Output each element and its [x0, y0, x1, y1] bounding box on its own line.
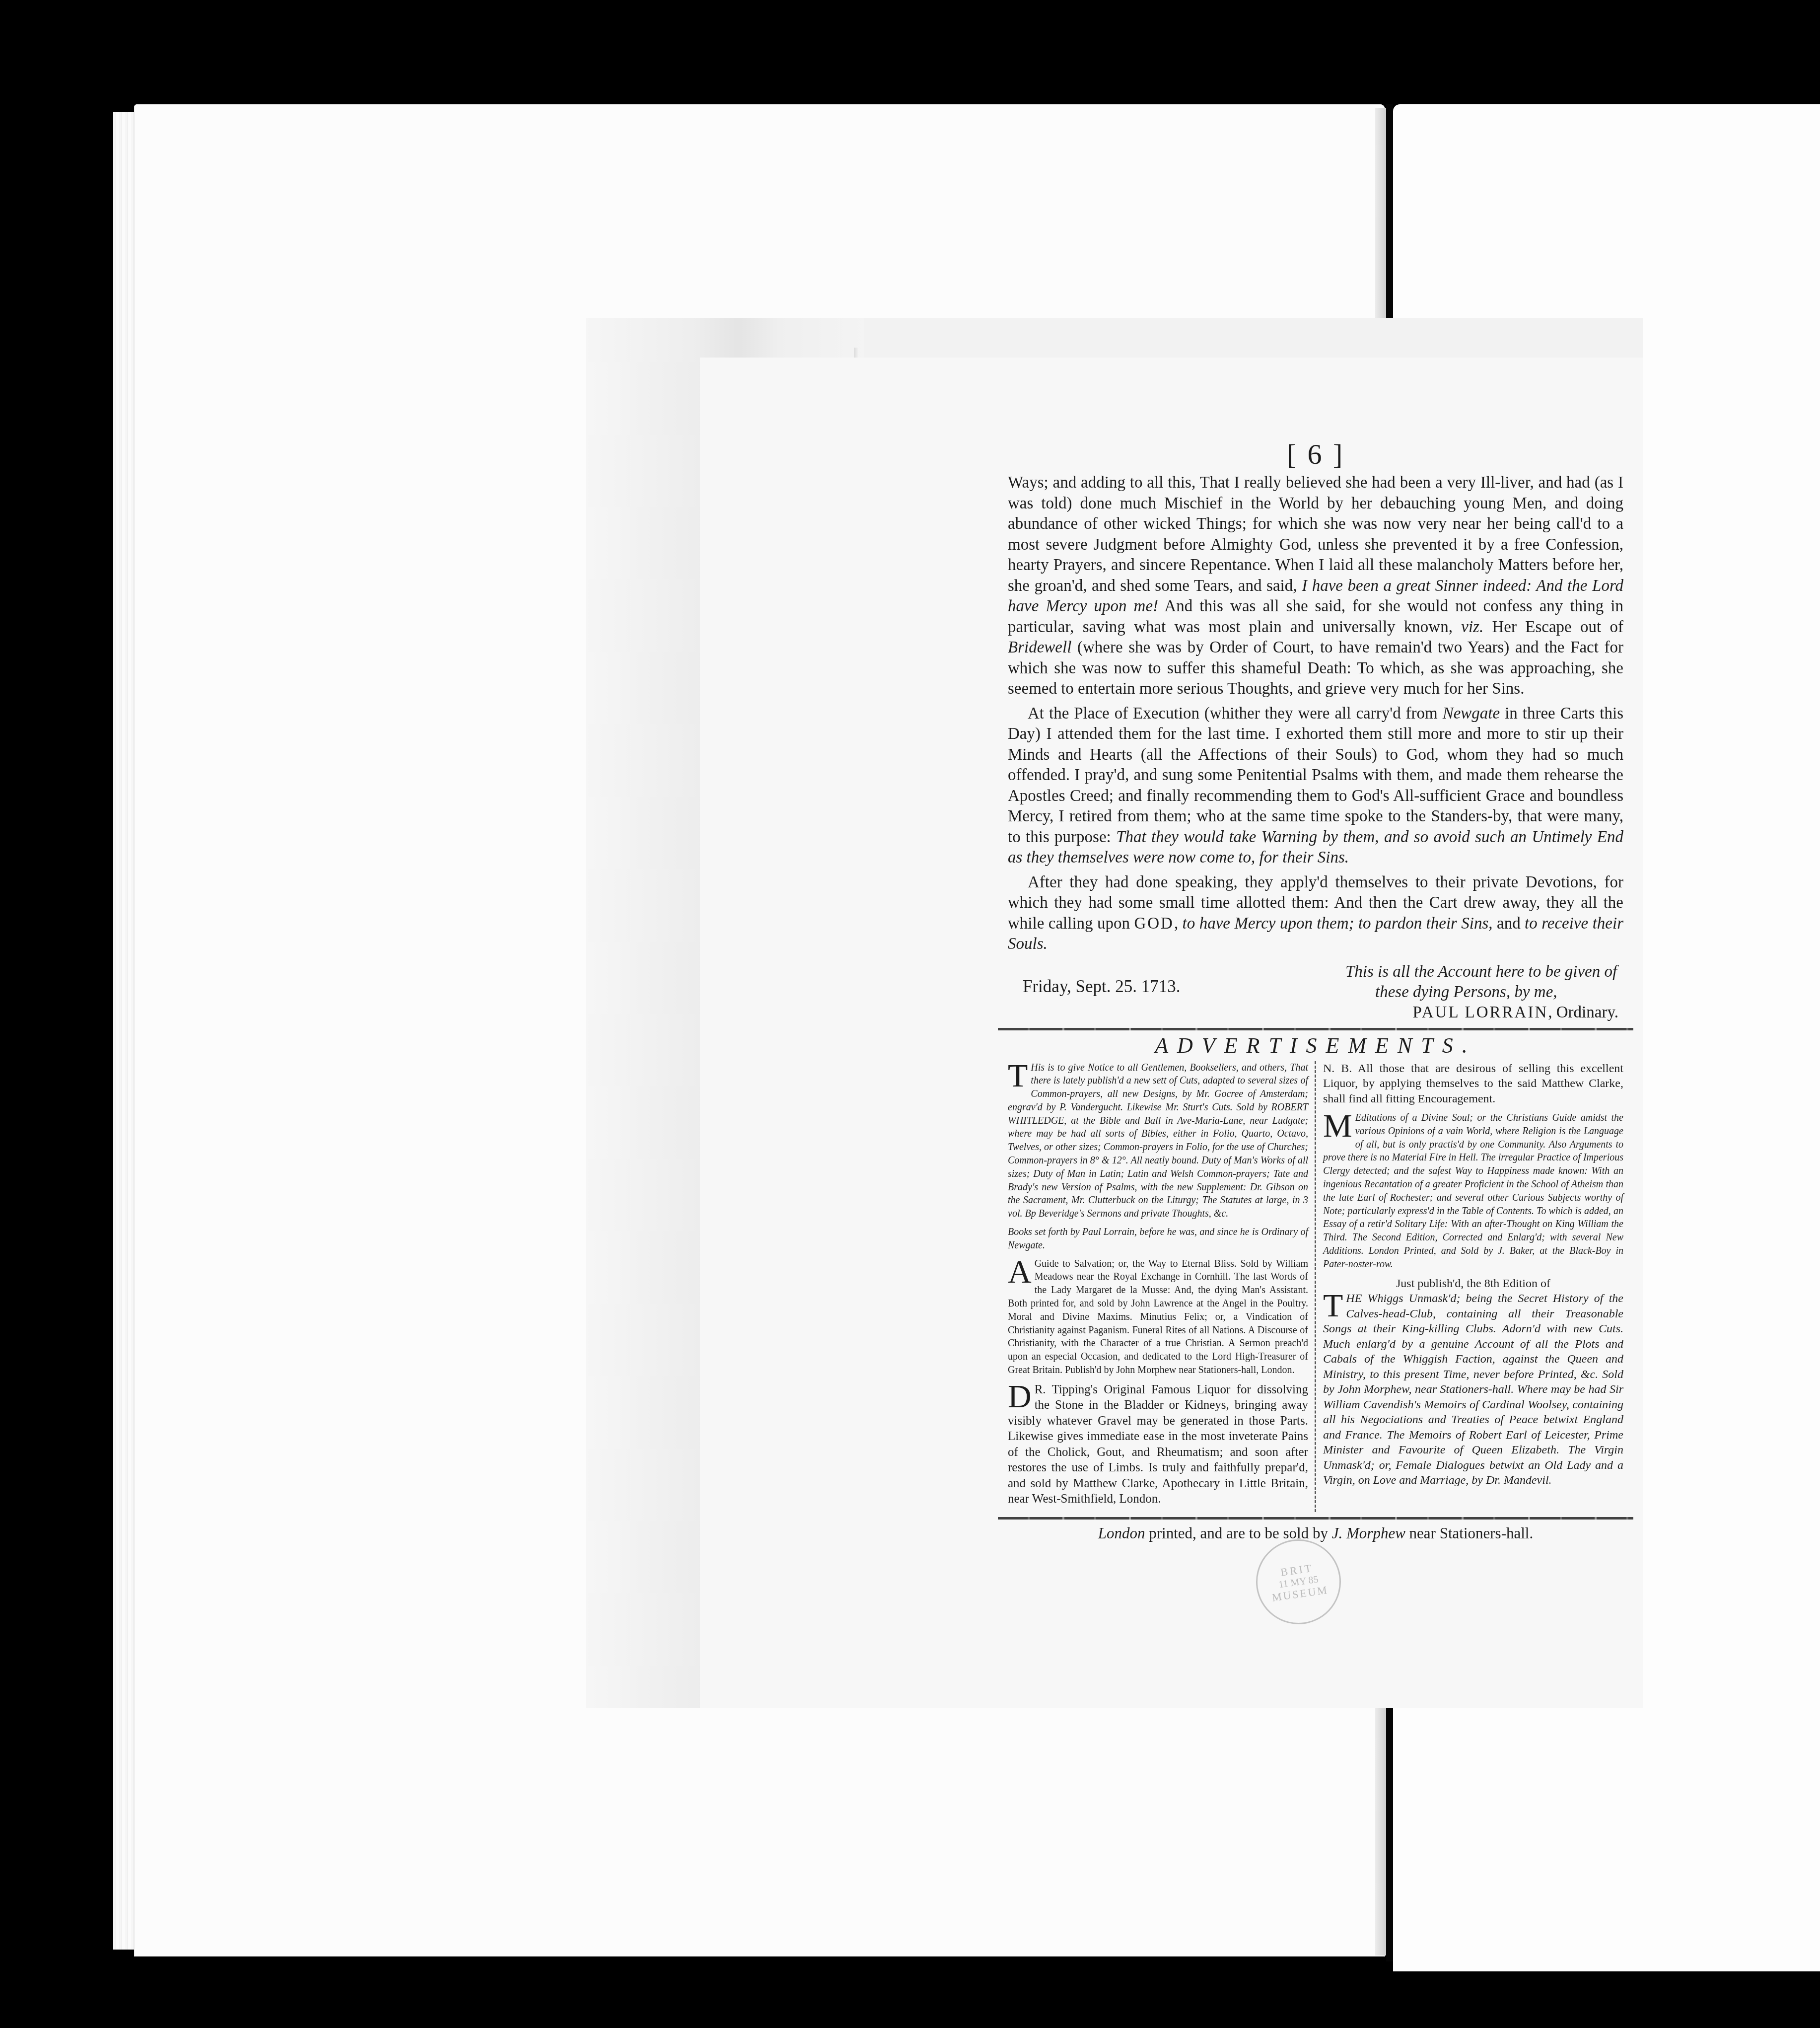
advertisements-heading: ADVERTISEMENTS. [1008, 1033, 1623, 1058]
advertisement-text: R. Tipping's Original Famous Liquor for … [1008, 1383, 1308, 1506]
advertisement: THis is to give Notice to all Gentlemen,… [1008, 1061, 1308, 1221]
signature-line-1: This is all the Account here to be given… [1345, 962, 1623, 982]
body-text: GOD [1134, 915, 1174, 933]
ads-left-column: THis is to give Notice to all Gentlemen,… [1008, 1061, 1308, 1512]
signature-date: Friday, Sept. 25. 1713. [1008, 976, 1181, 1023]
advertisement-text: N. B. All those that are desirous of sel… [1323, 1062, 1623, 1105]
advertisements-columns: THis is to give Notice to all Gentlemen,… [1008, 1061, 1623, 1512]
page-text-block: [ 6 ] Ways; and adding to all this, That… [1008, 437, 1623, 1543]
advertisement: Books set forth by Paul Lorrain, before … [1008, 1226, 1308, 1252]
imprint-line: London printed, and are to be sold by J.… [1008, 1523, 1623, 1543]
drop-cap: T [1008, 1062, 1031, 1090]
drop-cap: T [1323, 1292, 1346, 1320]
advertisement-preheading: Just publish'd, the 8th Edition of [1323, 1276, 1623, 1292]
advertisement: Just publish'd, the 8th Edition ofTHE Wh… [1323, 1276, 1623, 1488]
drop-cap: M [1323, 1112, 1355, 1140]
narrative-paragraph: After they had done speaking, they apply… [1008, 872, 1623, 955]
advertisement: N. B. All those that are desirous of sel… [1323, 1061, 1623, 1107]
drop-cap: A [1008, 1258, 1035, 1286]
signature-attribution: This is all the Account here to be given… [1345, 962, 1623, 1023]
italic-text: Newgate [1443, 705, 1500, 723]
signature-block: Friday, Sept. 25. 1713. This is all the … [1008, 962, 1623, 1023]
signature-name: PAUL LORRAIN [1412, 1004, 1548, 1021]
signature-line-2: these dying Persons, by me, [1345, 982, 1623, 1003]
page-number: [ 6 ] [1008, 437, 1623, 472]
body-text: and [1493, 915, 1525, 933]
narrative-paragraph: Ways; and adding to all this, That I rea… [1008, 473, 1623, 700]
body-text: in three Carts this Day) I attended them… [1008, 705, 1623, 846]
signature-name-line: PAUL LORRAIN, Ordinary. [1345, 1003, 1623, 1023]
body-text: (where she was by Order of Court, to hav… [1008, 639, 1623, 698]
advertisement: MEditations of a Divine Soul; or the Chr… [1323, 1111, 1623, 1271]
drop-cap: D [1008, 1383, 1035, 1411]
advertisement: AGuide to Salvation; or, the Way to Eter… [1008, 1257, 1308, 1377]
section-rule-bottom [998, 1517, 1633, 1520]
body-text: At the Place of Execution (whither they … [1028, 705, 1443, 723]
advertisement-text: Books set forth by Paul Lorrain, before … [1008, 1227, 1308, 1251]
advertisement-text: HE Whiggs Unmask'd; being the Secret His… [1323, 1292, 1623, 1487]
imprint-tail: near Stationers-hall. [1405, 1524, 1533, 1542]
advertisement-text: Editations of a Divine Soul; or the Chri… [1323, 1112, 1623, 1270]
signature-title: , Ordinary. [1548, 1004, 1618, 1021]
body-text: Her Escape out of [1483, 618, 1623, 636]
italic-text: Bridewell [1008, 639, 1071, 656]
section-rule-top [998, 1028, 1633, 1030]
advertisement-text: His is to give Notice to all Gentlemen, … [1008, 1062, 1308, 1220]
italic-text: to have Mercy upon them; to pardon their… [1183, 915, 1493, 933]
advertisement: DR. Tipping's Original Famous Liquor for… [1008, 1382, 1308, 1507]
ads-right-column: N. B. All those that are desirous of sel… [1323, 1061, 1623, 1512]
narrative-paragraph: At the Place of Execution (whither they … [1008, 704, 1623, 869]
column-divider [1315, 1061, 1319, 1512]
italic-text: viz. [1461, 618, 1483, 636]
imprint-seller: J. Morphew [1332, 1524, 1405, 1542]
advertisement-text: Guide to Salvation; or, the Way to Etern… [1008, 1258, 1308, 1376]
body-text: , [1174, 915, 1183, 933]
imprint-place: London [1098, 1524, 1145, 1542]
